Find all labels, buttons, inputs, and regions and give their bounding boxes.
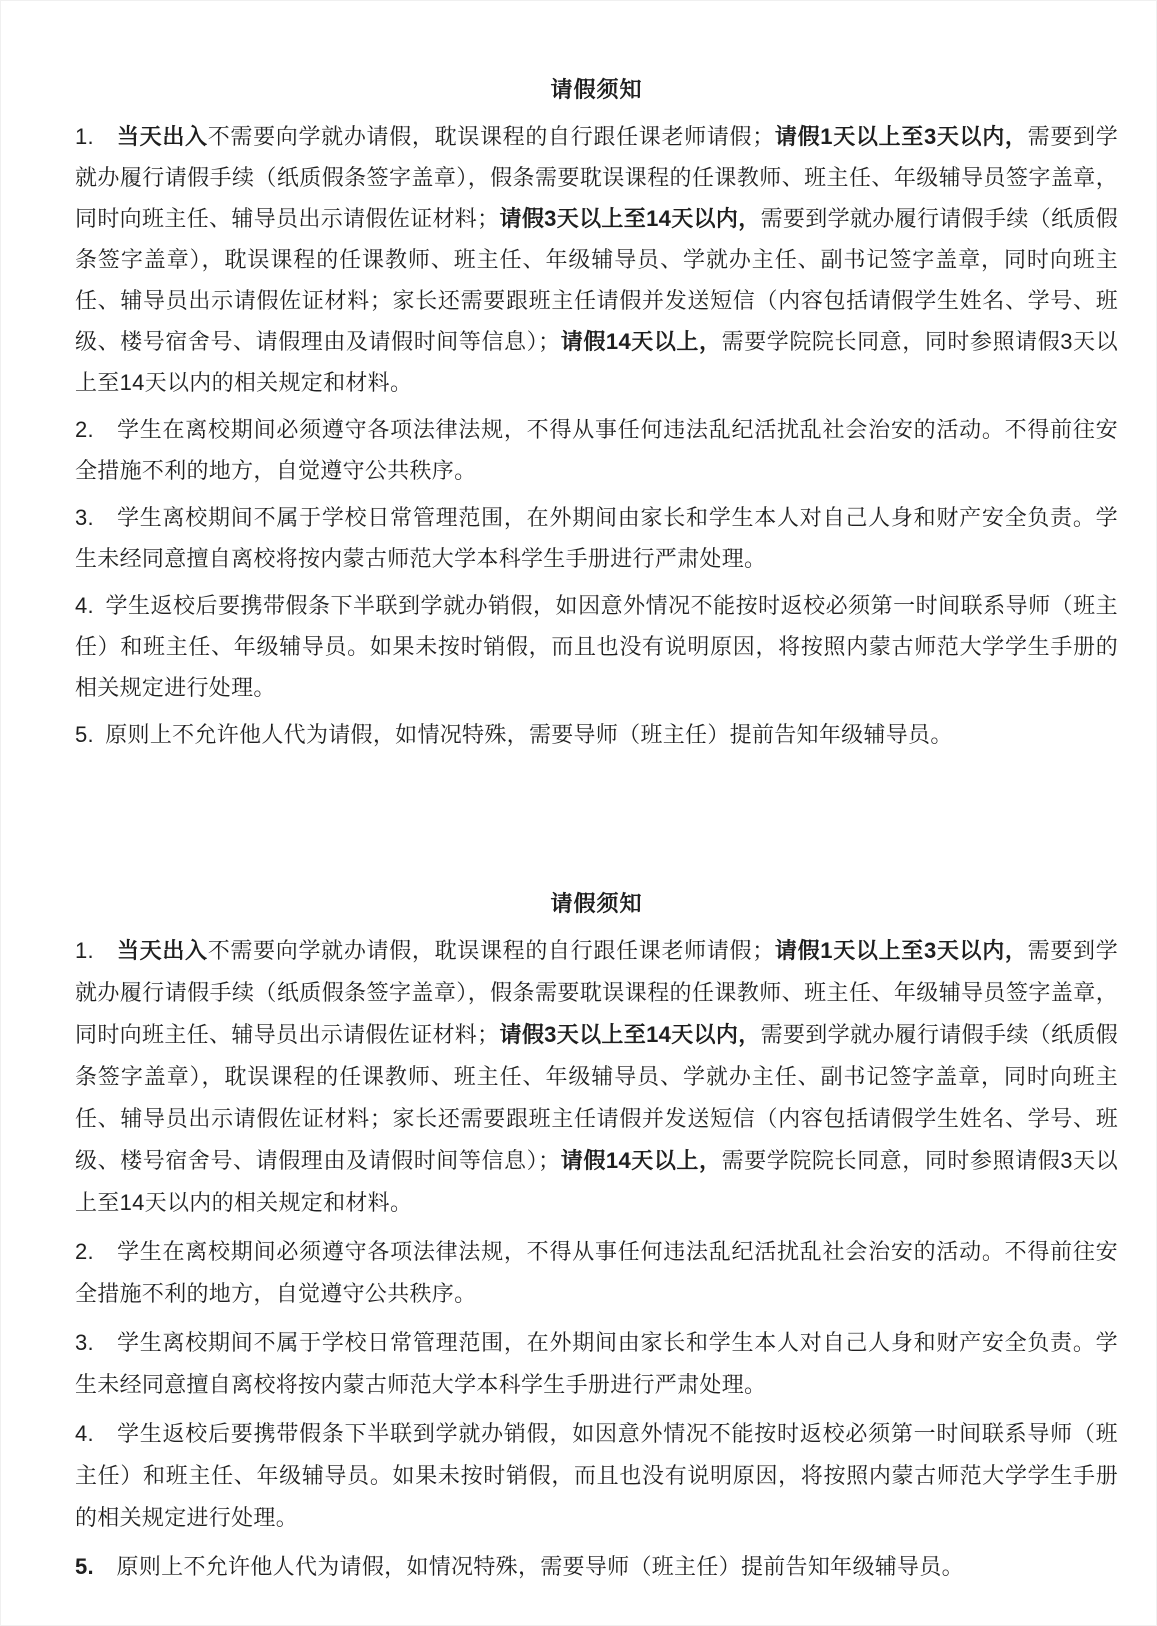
text-segment: 不需要向学就办请假，耽误课程的自行跟任课老师请假；	[208, 124, 775, 149]
notice-document-bottom: 请假须知 1. 当天出入不需要向学就办请假，耽误课程的自行跟任课老师请假；请假1…	[0, 888, 1157, 1588]
text-segment: 4. 学生返校后要携带假条下半联到学就办销假，如因意外情况不能按时返校必须第一时…	[75, 1421, 1118, 1530]
paragraph: 2. 学生在离校期间必须遵守各项法律法规，不得从事任何违法乱纪活扰乱社会治安的活…	[75, 409, 1118, 491]
paragraph: 3. 学生离校期间不属于学校日常管理范围，在外期间由家长和学生本人对自己人身和财…	[75, 497, 1118, 579]
text-segment: 2. 学生在离校期间必须遵守各项法律法规，不得从事任何违法乱纪活扰乱社会治安的活…	[75, 1239, 1118, 1306]
document-title: 请假须知	[75, 74, 1118, 106]
paragraph: 2. 学生在离校期间必须遵守各项法律法规，不得从事任何违法乱纪活扰乱社会治安的活…	[75, 1231, 1118, 1315]
text-segment: 请假14天以上，	[560, 329, 721, 354]
paragraph-list: 1. 当天出入不需要向学就办请假，耽误课程的自行跟任课老师请假；请假1天以上至3…	[75, 116, 1118, 755]
text-segment: 5.	[75, 1554, 94, 1579]
paragraph: 5. 原则上不允许他人代为请假，如情况特殊，需要导师（班主任）提前告知年级辅导员…	[75, 714, 1118, 755]
paragraph: 3. 学生离校期间不属于学校日常管理范围，在外期间由家长和学生本人对自己人身和财…	[75, 1322, 1118, 1406]
text-segment: 不需要向学就办请假，耽误课程的自行跟任课老师请假；	[208, 938, 775, 963]
text-segment: 3. 学生离校期间不属于学校日常管理范围，在外期间由家长和学生本人对自己人身和财…	[75, 1330, 1118, 1397]
text-segment: 当天出入	[117, 938, 208, 963]
text-segment: 3. 学生离校期间不属于学校日常管理范围，在外期间由家长和学生本人对自己人身和财…	[75, 505, 1118, 571]
paragraph: 1. 当天出入不需要向学就办请假，耽误课程的自行跟任课老师请假；请假1天以上至3…	[75, 930, 1118, 1224]
paragraph: 4. 学生返校后要携带假条下半联到学就办销假，如因意外情况不能按时返校必须第一时…	[75, 585, 1118, 708]
text-segment: 请假14天以上，	[560, 1148, 721, 1173]
text-segment: 2. 学生在离校期间必须遵守各项法律法规，不得从事任何违法乱纪活扰乱社会治安的活…	[75, 417, 1118, 483]
text-segment: 4. 学生返校后要携带假条下半联到学就办销假，如因意外情况不能按时返校必须第一时…	[75, 593, 1118, 700]
text-segment: 请假1天以上至3天以内，	[775, 124, 1028, 149]
document-title: 请假须知	[75, 888, 1118, 920]
text-segment: 当天出入	[117, 124, 208, 149]
text-segment: 请假3天以上至14天以内，	[499, 206, 760, 231]
notice-page: 请假须知 1. 当天出入不需要向学就办请假，耽误课程的自行跟任课老师请假；请假1…	[0, 0, 1157, 1626]
text-segment: 请假1天以上至3天以内，	[775, 938, 1028, 963]
paragraph: 5. 原则上不允许他人代为请假，如情况特殊，需要导师（班主任）提前告知年级辅导员…	[75, 1546, 1118, 1588]
text-segment: 原则上不允许他人代为请假，如情况特殊，需要导师（班主任）提前告知年级辅导员。	[94, 1554, 964, 1579]
paragraph: 1. 当天出入不需要向学就办请假，耽误课程的自行跟任课老师请假；请假1天以上至3…	[75, 116, 1118, 403]
text-segment: 5. 原则上不允许他人代为请假，如情况特殊，需要导师（班主任）提前告知年级辅导员…	[75, 722, 953, 747]
notice-document-top: 请假须知 1. 当天出入不需要向学就办请假，耽误课程的自行跟任课老师请假；请假1…	[0, 74, 1157, 755]
paragraph: 4. 学生返校后要携带假条下半联到学就办销假，如因意外情况不能按时返校必须第一时…	[75, 1413, 1118, 1539]
paragraph-list: 1. 当天出入不需要向学就办请假，耽误课程的自行跟任课老师请假；请假1天以上至3…	[75, 930, 1118, 1588]
text-segment: 请假3天以上至14天以内，	[499, 1022, 760, 1047]
text-segment: 1.	[75, 124, 117, 149]
text-segment: 1.	[75, 938, 117, 963]
